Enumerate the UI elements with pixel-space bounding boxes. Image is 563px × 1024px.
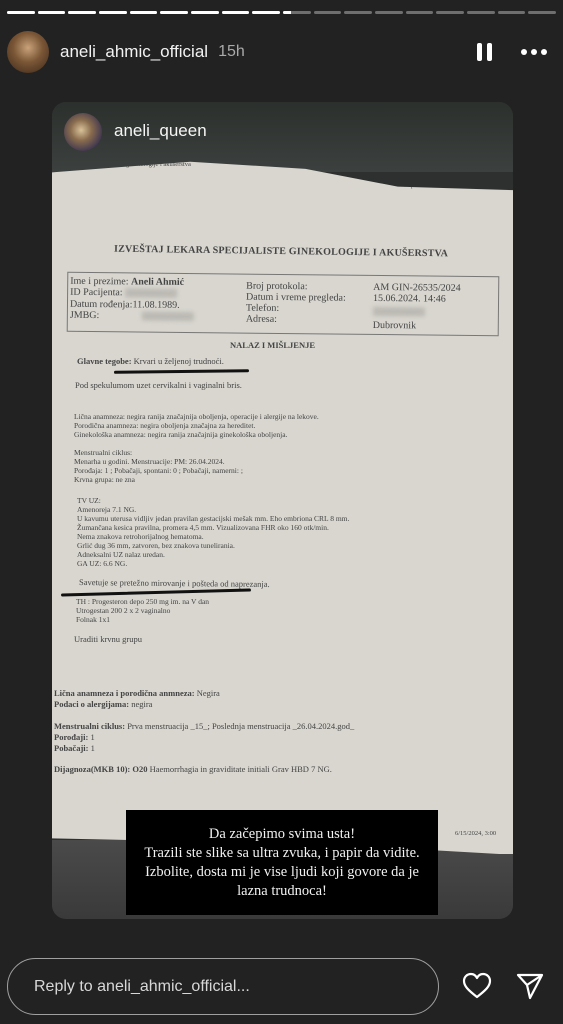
progress-segment <box>99 11 127 14</box>
summary-menstrual-label: Menstrualni ciklus: <box>54 721 125 731</box>
exam-value: 15.06.2024. 14:46 <box>373 293 446 305</box>
complaint-label: Glavne tegobe: <box>77 356 132 366</box>
address-label: Adresa: <box>246 314 277 325</box>
id-label: ID Pacijenta: <box>70 287 123 299</box>
progress-segment <box>344 11 372 14</box>
story-header: aneli_ahmic_official 15h <box>7 30 556 74</box>
doc-page-header-right: http://172.16.52.153/klinika/Klin <box>404 182 490 190</box>
births-value: 1 <box>90 732 94 742</box>
abortions-label: Pobačaji: <box>54 743 88 753</box>
abortions-value: 1 <box>91 743 95 753</box>
patient-info-box: Ime i prezime: Aneli Ahmić ID Pacijenta:… <box>67 272 500 337</box>
allergies-label: Podaci o alergijama: <box>54 699 129 709</box>
story-progress-bar <box>7 11 556 14</box>
reply-placeholder: Reply to aneli_ahmic_official... <box>34 978 250 996</box>
pen-underline <box>114 369 249 374</box>
progress-segment <box>222 11 250 14</box>
more-dot <box>531 49 537 55</box>
more-horizontal-icon <box>521 49 527 55</box>
document-line: Ginekološka anamneza: negira ranija znač… <box>74 430 287 440</box>
reshared-avatar[interactable] <box>64 113 102 151</box>
reshared-username[interactable]: aneli_queen <box>114 121 207 141</box>
progress-segment <box>467 11 495 14</box>
pause-icon-bar <box>487 43 492 61</box>
more-dot <box>541 49 547 55</box>
pause-button[interactable] <box>469 37 499 67</box>
story-caption: Da začepimo svima usta! Trazili ste slik… <box>126 810 438 915</box>
births-label: Porođaji: <box>54 732 88 742</box>
like-button[interactable] <box>459 968 495 1004</box>
pen-underline <box>61 589 251 597</box>
timestamp: 15h <box>218 43 245 61</box>
summary-anamnesis-value: Negira <box>197 688 220 698</box>
username[interactable]: aneli_ahmic_official <box>60 42 208 62</box>
dob-label: Datum rođenja: <box>70 299 133 311</box>
progress-segment <box>7 11 35 14</box>
progress-segment <box>283 11 311 14</box>
story-content[interactable]: Izveštaj lekara specijaliste ginekologij… <box>52 102 513 919</box>
redacted <box>125 289 177 299</box>
reply-input[interactable]: Reply to aneli_ahmic_official... <box>7 958 439 1015</box>
medical-document: Izveštaj lekara specijaliste ginekologij… <box>52 144 513 854</box>
jmbg-label: JMBG: <box>70 310 100 321</box>
avatar[interactable] <box>7 31 49 73</box>
more-options-button[interactable] <box>517 37 551 67</box>
progress-segment <box>528 11 556 14</box>
send-icon <box>515 971 545 1001</box>
diagnosis-label: Dijagnoza(MKB 10): O20 <box>54 764 148 774</box>
heart-icon <box>462 972 492 1000</box>
document-line: GA UZ: 6.6 NG. <box>77 559 127 569</box>
progress-segment <box>406 11 434 14</box>
advice-note: Savetuje se pretežno mirovanje i poštedа… <box>79 577 270 589</box>
progress-segment <box>252 11 280 14</box>
progress-segment <box>68 11 96 14</box>
progress-segment <box>436 11 464 14</box>
document-line: Folnak 1x1 <box>76 615 110 625</box>
protocol-label: Broj protokola: <box>246 281 308 293</box>
progress-segment <box>38 11 66 14</box>
progress-segment <box>498 11 526 14</box>
redacted <box>142 312 194 322</box>
progress-segment <box>375 11 403 14</box>
progress-segment <box>160 11 188 14</box>
allergies-value: negira <box>131 699 152 709</box>
diagnosis-value: Haemorrhagia in graviditate initiali Gra… <box>150 764 332 774</box>
progress-segment <box>314 11 342 14</box>
doc-title: IZVEŠTAJ LEKARA SPECIJALISTE GINEKOLOGIJ… <box>114 245 448 260</box>
print-timestamp: 6/15/2024, 3:00 <box>455 830 496 838</box>
protocol-value: AM GIN-26535/2024 <box>373 282 461 294</box>
send-button[interactable] <box>512 968 548 1004</box>
progress-segment <box>130 11 158 14</box>
redacted <box>373 307 425 317</box>
name-label: Ime i prezime: <box>70 276 128 288</box>
blood-test-note: Uraditi krvnu grupu <box>74 634 142 644</box>
summary-menstrual-value: Prva menstruacija _15_; Poslednja menstr… <box>127 721 354 731</box>
speculum-note: Pod spekulumom uzet cervikalni i vaginal… <box>75 380 242 390</box>
phone-label: Telefon: <box>246 303 279 314</box>
section-title: NALAZ I MIŠLJENJE <box>230 340 315 350</box>
name-value: Aneli Ahmić <box>131 276 184 288</box>
caption-text: Da začepimo svima usta! Trazili ste slik… <box>134 825 430 901</box>
address-value: Dubrovnik <box>373 320 416 331</box>
pause-icon <box>477 43 482 61</box>
summary-anamnesis-label: Lična anamneza i porodična anmneza: <box>54 688 195 698</box>
dob-value: 11.08.1989. <box>132 299 179 310</box>
progress-segment <box>191 11 219 14</box>
document-line: Krvna grupa: ne zna <box>74 475 135 485</box>
complaint-value: Krvari u željenoj trudnoći. <box>134 356 224 366</box>
